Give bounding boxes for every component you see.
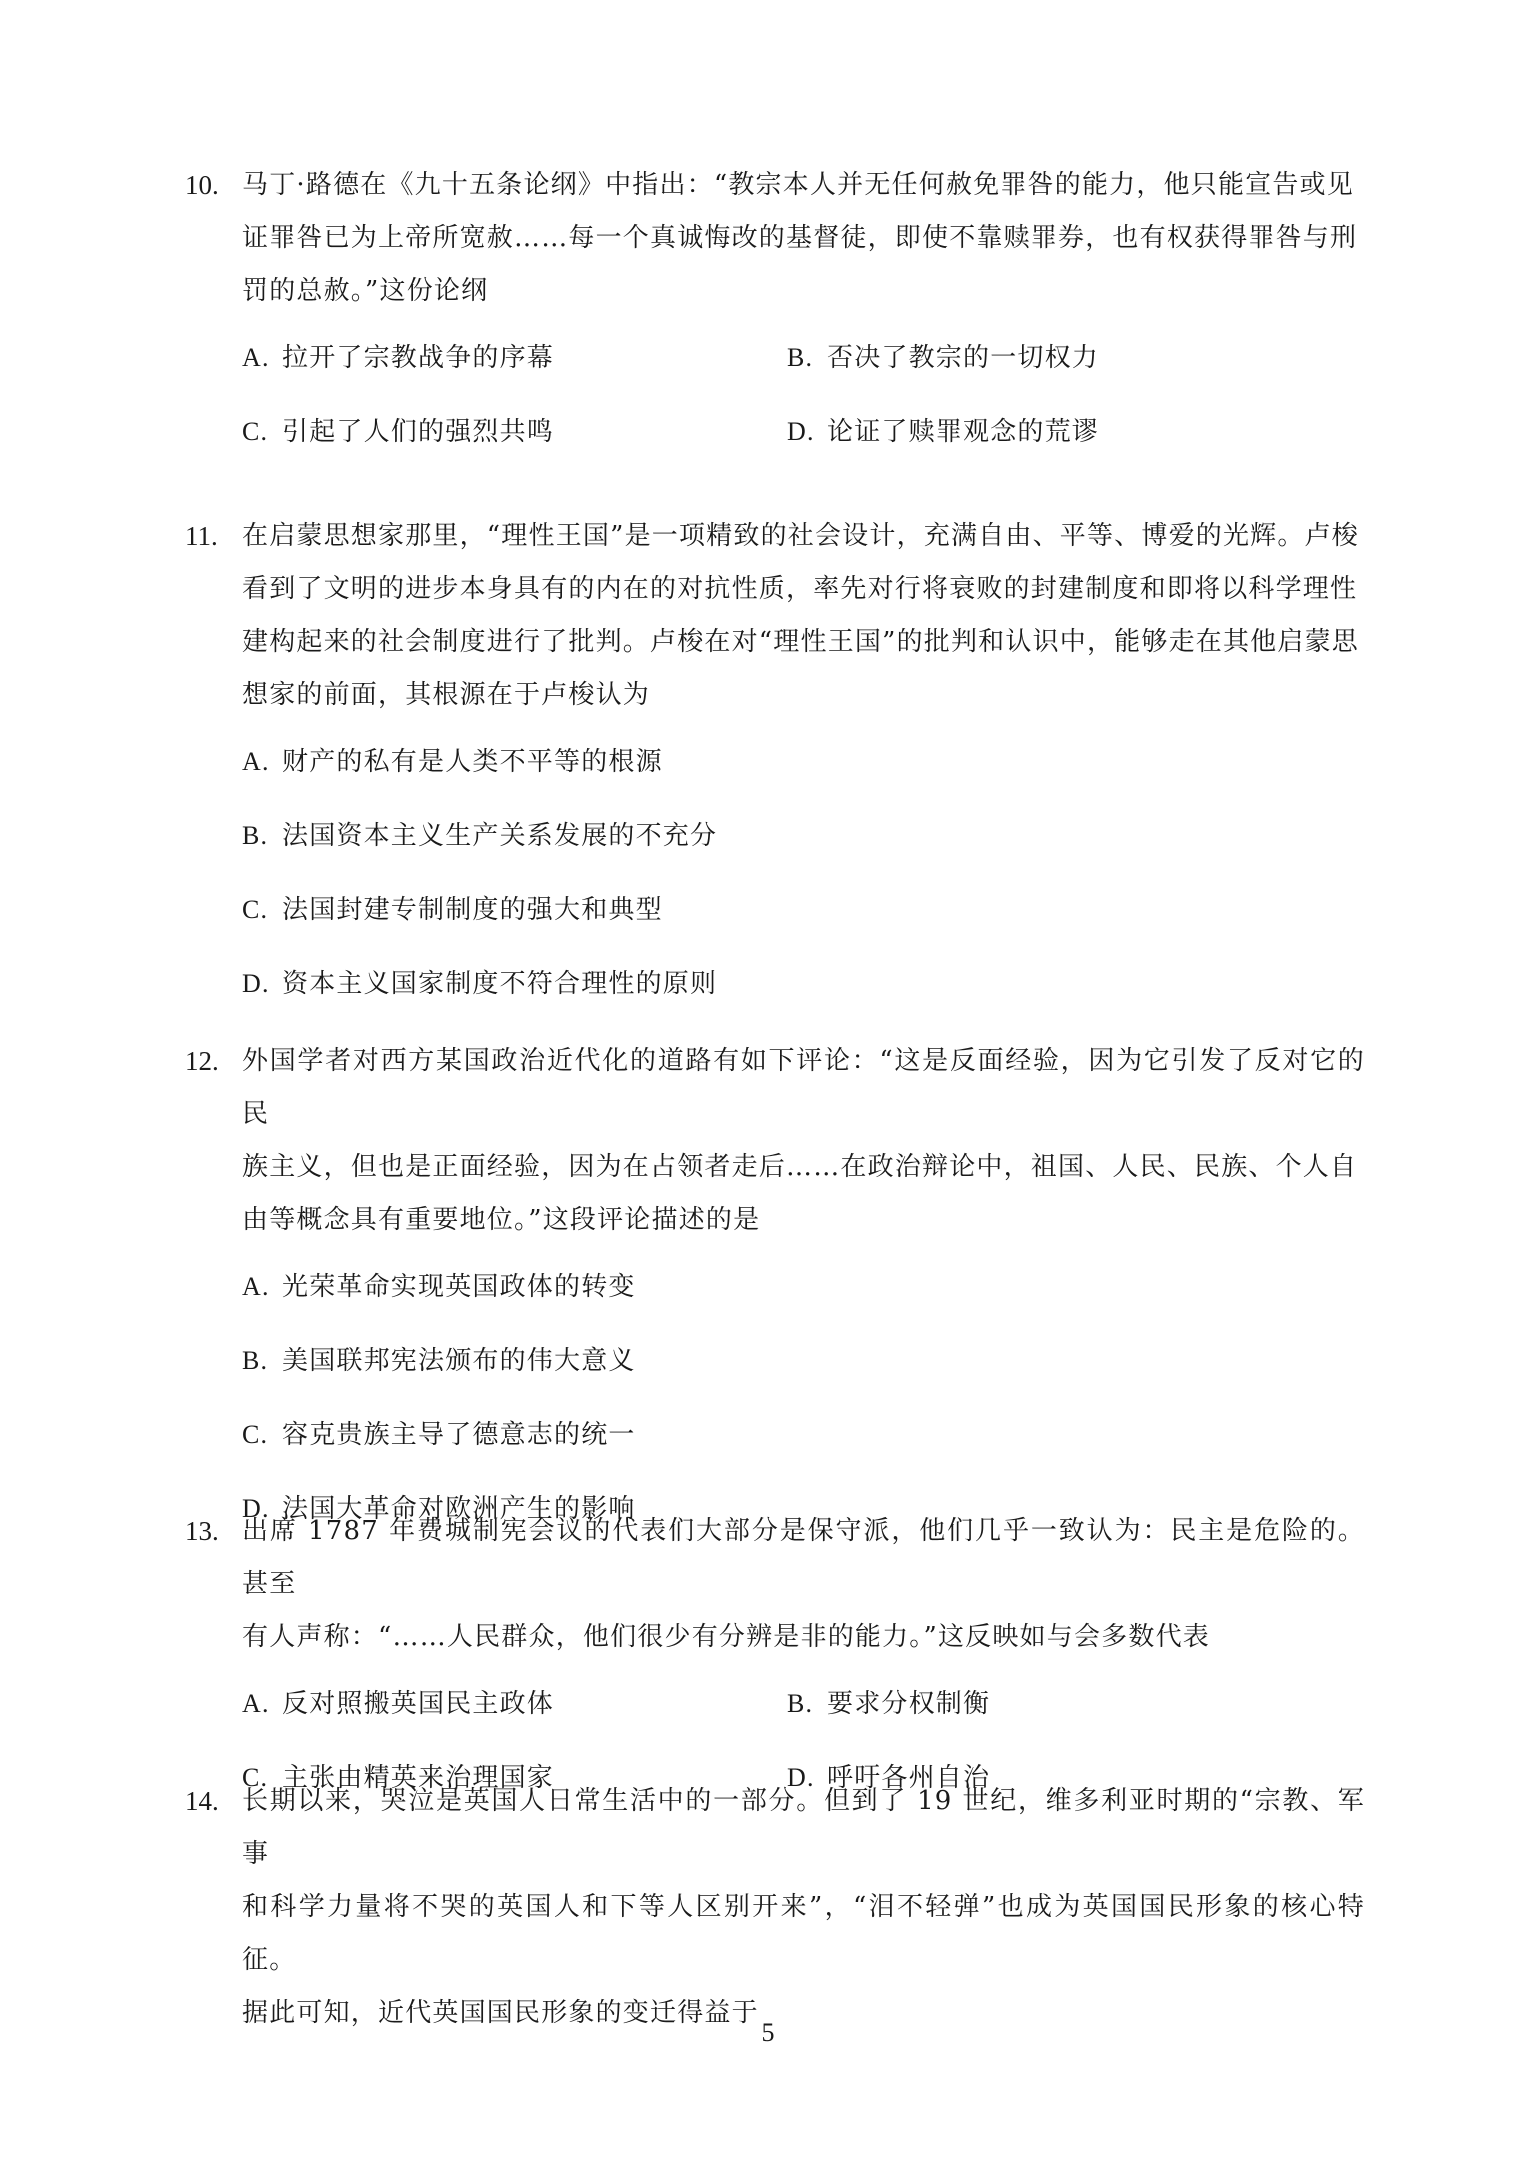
option-row: B. 美国联邦宪法颁布的伟大意义 bbox=[242, 1321, 1365, 1395]
stem-line: 和科学力量将不哭的英国人和下等人区别开来”，“泪不轻弹”也成为英国国民形象的核心… bbox=[242, 1881, 1365, 1987]
option-row: D. 资本主义国家制度不符合理性的原则 bbox=[242, 944, 1365, 1018]
stem-line: 外国学者对西方某国政治近代化的道路有如下评论：“这是反面经验，因为它引发了反对它… bbox=[242, 1035, 1365, 1141]
stem-line: 出席 1787 年费城制宪会议的代表们大部分是保守派，他们几乎一致认为：民主是危… bbox=[242, 1505, 1365, 1611]
stem-line: 马丁·路德在《九十五条论纲》中指出：“教宗本人并无任何赦免罪咎的能力，他只能宣告… bbox=[242, 159, 1365, 212]
option-row: A. 光荣革命实现英国政体的转变 bbox=[242, 1247, 1365, 1321]
stem-line: 长期以来，哭泣是英国人日常生活中的一部分。但到了 19 世纪，维多利亚时期的“宗… bbox=[242, 1775, 1365, 1881]
option-key: B. bbox=[787, 1689, 827, 1719]
question-stem: 在启蒙思想家那里，“理性王国”是一项精致的社会设计，充满自由、平等、博爱的光辉。… bbox=[242, 510, 1365, 722]
stem-line: 由等概念具有重要地位。”这段评论描述的是 bbox=[242, 1194, 1365, 1247]
option-row: A. 财产的私有是人类不平等的根源 bbox=[242, 722, 1365, 796]
option-text: 拉开了宗教战争的序幕 bbox=[282, 337, 554, 374]
stem-line: 证罪咎已为上帝所宽赦……每一个真诚悔改的基督徒，即使不靠赎罪券，也有权获得罪咎与… bbox=[242, 212, 1365, 265]
option-a[interactable]: A. 光荣革命实现英国政体的转变 bbox=[242, 1266, 636, 1303]
question-10: 10. 马丁·路德在《九十五条论纲》中指出：“教宗本人并无任何赦免罪咎的能力，他… bbox=[185, 159, 1365, 466]
option-text: 美国联邦宪法颁布的伟大意义 bbox=[282, 1340, 636, 1377]
exam-page: 10. 马丁·路德在《九十五条论纲》中指出：“教宗本人并无任何赦免罪咎的能力，他… bbox=[0, 0, 1536, 2168]
option-a[interactable]: A. 反对照搬英国民主政体 bbox=[242, 1683, 787, 1720]
options: A. 财产的私有是人类不平等的根源 B. 法国资本主义生产关系发展的不充分 C.… bbox=[242, 722, 1365, 1018]
option-text: 法国资本主义生产关系发展的不充分 bbox=[282, 815, 717, 852]
option-key: B. bbox=[242, 821, 282, 851]
question-number: 13. bbox=[185, 1505, 219, 1558]
option-text: 否决了教宗的一切权力 bbox=[827, 337, 1099, 374]
stem-line: 族主义，但也是正面经验，因为在占领者走后……在政治辩论中，祖国、人民、民族、个人… bbox=[242, 1141, 1365, 1194]
option-key: D. bbox=[787, 417, 827, 447]
option-text: 引起了人们的强烈共鸣 bbox=[282, 411, 554, 448]
option-row: C. 法国封建专制制度的强大和典型 bbox=[242, 870, 1365, 944]
option-text: 容克贵族主导了德意志的统一 bbox=[282, 1414, 636, 1451]
option-row: A. 反对照搬英国民主政体 B. 要求分权制衡 bbox=[242, 1664, 1365, 1738]
question-12: 12. 外国学者对西方某国政治近代化的道路有如下评论：“这是反面经验，因为它引发… bbox=[185, 1035, 1365, 1543]
option-c[interactable]: C. 法国封建专制制度的强大和典型 bbox=[242, 889, 663, 926]
option-key: A. bbox=[242, 1272, 282, 1302]
question-stem: 外国学者对西方某国政治近代化的道路有如下评论：“这是反面经验，因为它引发了反对它… bbox=[242, 1035, 1365, 1247]
option-a[interactable]: A. 财产的私有是人类不平等的根源 bbox=[242, 741, 663, 778]
option-b[interactable]: B. 否决了教宗的一切权力 bbox=[787, 337, 1099, 374]
question-number: 11. bbox=[185, 510, 218, 563]
option-text: 要求分权制衡 bbox=[827, 1683, 990, 1720]
question-13: 13. 出席 1787 年费城制宪会议的代表们大部分是保守派，他们几乎一致认为：… bbox=[185, 1505, 1365, 1812]
option-row: B. 法国资本主义生产关系发展的不充分 bbox=[242, 796, 1365, 870]
question-number: 12. bbox=[185, 1035, 219, 1088]
question-number: 14. bbox=[185, 1775, 219, 1828]
question-number: 10. bbox=[185, 159, 219, 212]
option-row: C. 容克贵族主导了德意志的统一 bbox=[242, 1395, 1365, 1469]
option-c[interactable]: C. 容克贵族主导了德意志的统一 bbox=[242, 1414, 636, 1451]
option-a[interactable]: A. 拉开了宗教战争的序幕 bbox=[242, 337, 787, 374]
stem-line: 想家的前面，其根源在于卢梭认为 bbox=[242, 669, 1365, 722]
option-key: A. bbox=[242, 1689, 282, 1719]
option-key: B. bbox=[787, 343, 827, 373]
option-key: B. bbox=[242, 1346, 282, 1376]
question-11: 11. 在启蒙思想家那里，“理性王国”是一项精致的社会设计，充满自由、平等、博爱… bbox=[185, 510, 1365, 1018]
option-text: 光荣革命实现英国政体的转变 bbox=[282, 1266, 636, 1303]
stem-line: 在启蒙思想家那里，“理性王国”是一项精致的社会设计，充满自由、平等、博爱的光辉。… bbox=[242, 510, 1365, 563]
option-b[interactable]: B. 美国联邦宪法颁布的伟大意义 bbox=[242, 1340, 636, 1377]
stem-line: 罚的总赦。”这份论纲 bbox=[242, 265, 1365, 318]
option-text: 法国封建专制制度的强大和典型 bbox=[282, 889, 663, 926]
question-stem: 出席 1787 年费城制宪会议的代表们大部分是保守派，他们几乎一致认为：民主是危… bbox=[242, 1505, 1365, 1664]
option-text: 财产的私有是人类不平等的根源 bbox=[282, 741, 663, 778]
option-key: C. bbox=[242, 1420, 282, 1450]
options: A. 光荣革命实现英国政体的转变 B. 美国联邦宪法颁布的伟大意义 C. 容克贵… bbox=[242, 1247, 1365, 1543]
stem-line: 建构起来的社会制度进行了批判。卢梭在对“理性王国”的批判和认识中，能够走在其他启… bbox=[242, 616, 1365, 669]
option-key: C. bbox=[242, 895, 282, 925]
stem-line: 有人声称：“……人民群众，他们很少有分辨是非的能力。”这反映如与会多数代表 bbox=[242, 1611, 1365, 1664]
option-key: A. bbox=[242, 343, 282, 373]
option-text: 论证了赎罪观念的荒谬 bbox=[827, 411, 1099, 448]
option-c[interactable]: C. 引起了人们的强烈共鸣 bbox=[242, 411, 787, 448]
option-b[interactable]: B. 要求分权制衡 bbox=[787, 1683, 990, 1720]
option-row: C. 引起了人们的强烈共鸣 D. 论证了赎罪观念的荒谬 bbox=[242, 392, 1365, 466]
option-text: 资本主义国家制度不符合理性的原则 bbox=[282, 963, 717, 1000]
question-14: 14. 长期以来，哭泣是英国人日常生活中的一部分。但到了 19 世纪，维多利亚时… bbox=[185, 1775, 1365, 2040]
option-key: A. bbox=[242, 747, 282, 777]
option-d[interactable]: D. 资本主义国家制度不符合理性的原则 bbox=[242, 963, 717, 1000]
option-key: C. bbox=[242, 417, 282, 447]
stem-line: 看到了文明的进步本身具有的内在的对抗性质，率先对行将衰败的封建制度和即将以科学理… bbox=[242, 563, 1365, 616]
question-stem: 马丁·路德在《九十五条论纲》中指出：“教宗本人并无任何赦免罪咎的能力，他只能宣告… bbox=[242, 159, 1365, 318]
option-key: D. bbox=[242, 969, 282, 999]
options: A. 拉开了宗教战争的序幕 B. 否决了教宗的一切权力 C. 引起了人们的强烈共… bbox=[242, 318, 1365, 466]
question-stem: 长期以来，哭泣是英国人日常生活中的一部分。但到了 19 世纪，维多利亚时期的“宗… bbox=[242, 1775, 1365, 2040]
option-text: 反对照搬英国民主政体 bbox=[282, 1683, 554, 1720]
option-d[interactable]: D. 论证了赎罪观念的荒谬 bbox=[787, 411, 1099, 448]
option-b[interactable]: B. 法国资本主义生产关系发展的不充分 bbox=[242, 815, 717, 852]
option-row: A. 拉开了宗教战争的序幕 B. 否决了教宗的一切权力 bbox=[242, 318, 1365, 392]
page-number: 5 bbox=[0, 2018, 1536, 2048]
